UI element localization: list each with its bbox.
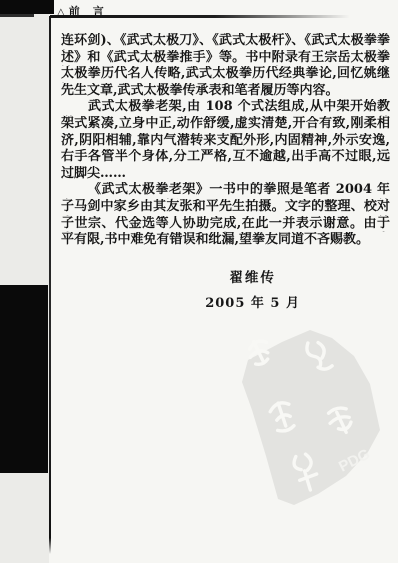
body-text: 连环剑)、《武式太极刀》、《武式太极杆》、《武式太极拳拳解与论 述》和《武式太极… (61, 33, 390, 249)
signature-block: 翟维传 2005 年 5 月 (205, 266, 300, 311)
body-line: 连环剑)、《武式太极刀》、《武式太极杆》、《武式太极拳拳解与论 (61, 33, 390, 50)
body-line: 济,阴阳相辅,靠内气潜转来支配外形,内固精神,外示安逸,左 (61, 133, 390, 150)
header-rule (50, 15, 350, 18)
watermark-seal-graphic: PDG (230, 326, 390, 511)
page-spine-rule (49, 16, 51, 554)
scan-margin-strip (0, 0, 49, 563)
body-line: 先生文章,武式太极拳传承表和笔者履历等内容。 (61, 83, 390, 100)
watermark-seal-glyphs (246, 338, 354, 493)
body-line: 述》和《武式太极拳推手》等。书中附录有王宗岳太极拳论,武式 (61, 50, 390, 67)
body-line: 右手各管半个身体,分工严格,互不逾越,出手高不过眼,远不 (61, 149, 390, 166)
body-line: 子马剑中家乡由其友张和平先生拍摄。文字的整理、校对由弟 (61, 199, 390, 216)
scan-artifact-top (0, 0, 54, 14)
signature-date: 2005 年 5 月 (205, 292, 300, 311)
body-line: 太极拳历代名人传略,武式太极拳历代经典拳论,回忆姚继祖 (61, 66, 390, 83)
scan-artifact-left-band (0, 285, 48, 473)
watermark-label: PDG (336, 446, 373, 476)
body-line: 《武式太极拳老架》一书中的拳照是笔者 2004 年在湖北弟 (61, 182, 390, 199)
author-signature: 翟维传 (205, 266, 300, 286)
body-line: 架式紧凑,立身中正,动作舒缓,虚实清楚,开合有致,刚柔相 (61, 116, 390, 133)
stamp-body (242, 330, 380, 505)
body-line: 平有限,书中难免有错误和纰漏,望拳友同道不吝赐教。 (61, 232, 390, 249)
body-line: 子世宗、代金选等人协助完成,在此一并表示谢意。由于本人水 (61, 216, 390, 233)
body-line: 过脚尖…… (61, 166, 390, 183)
watermark-stamp: PDG (230, 326, 390, 511)
scanned-book-page: { "header": { "marker": "△", "title": "前… (0, 0, 398, 563)
body-line: 武式太极拳老架,由 108 个式法组成,从中架开始教学,其 (61, 99, 390, 116)
